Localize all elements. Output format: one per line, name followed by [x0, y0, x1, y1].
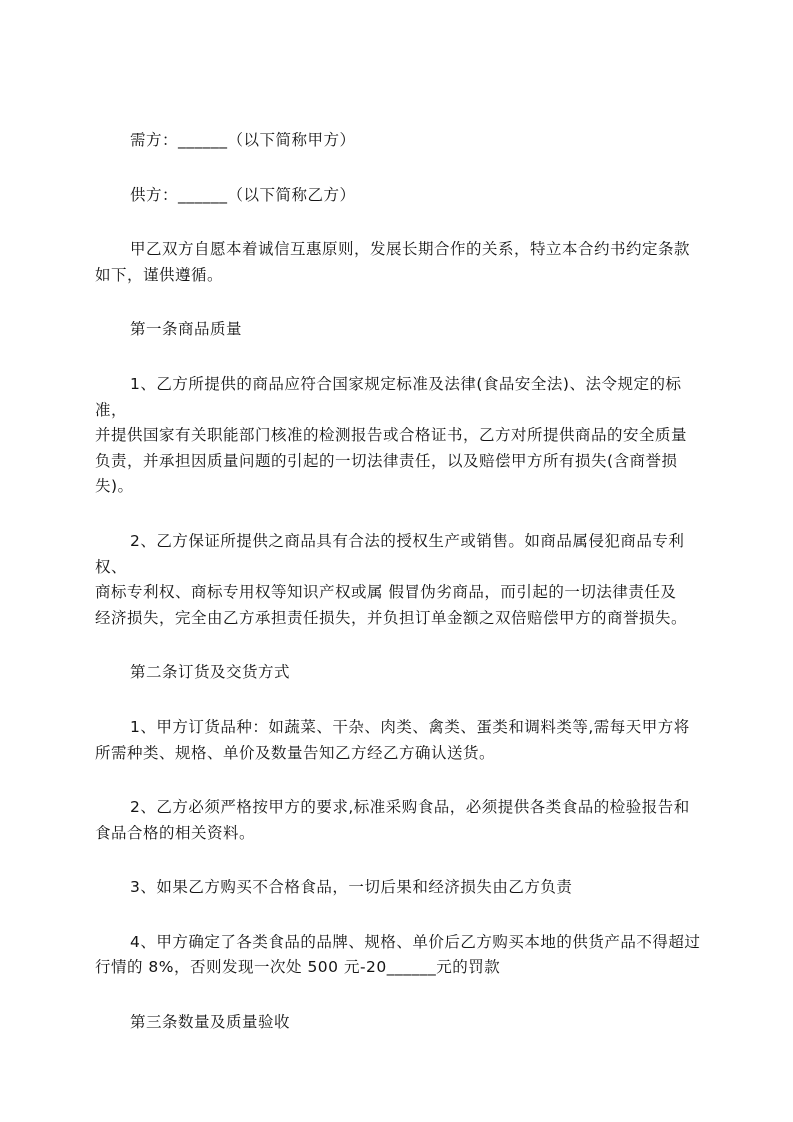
article-1-clause-1-line-1: 1、乙方所提供的商品应符合国家规定标准及法律(食品安全法)、法令规定的标准， [95, 375, 681, 419]
article-1-clause-1: 1、乙方所提供的商品应符合国家规定标准及法律(食品安全法)、法令规定的标准，并提… [95, 372, 712, 500]
article-2-clause-2-line-1: 2、乙方必须严格按甲方的要求,标准采购食品，必须提供各类食品的检验报告和 [130, 798, 690, 816]
party-buyer-line-line-1: 需方：______（以下简称甲方） [130, 131, 356, 149]
contract-page: 需方：______（以下简称甲方）供方：______（以下简称乙方）甲乙双方自愿… [0, 0, 793, 1122]
party-supplier-line-line-1: 供方：______（以下简称乙方） [130, 186, 356, 204]
article-1-clause-2: 2、乙方保证所提供之商品具有合法的授权生产或销售。如商品属侵犯商品专利权、商标专… [95, 529, 712, 631]
article-2-clause-4: 4、甲方确定了各类食品的品牌、规格、单价后乙方购买本地的供货产品不得超过行情的 … [95, 930, 712, 981]
article-1-clause-1-line-3: 负责，并承担因质量问题的引起的一切法律责任，以及赔偿甲方所有损失(含商誉损 [95, 452, 678, 470]
article-3-heading-line-1: 第三条数量及质量验收 [130, 1013, 290, 1031]
article-1-clause-2-line-2: 商标专利权、商标专用权等知识产权或属 假冒伪劣商品，而引起的一切法律责任及 [95, 583, 676, 601]
preamble-paragraph-line-1: 甲乙双方自愿本着诚信互惠原则，发展长期合作的关系，特立本合约书约定条款 [130, 240, 690, 258]
article-2-heading-line-1: 第二条订货及交货方式 [130, 663, 290, 681]
article-1-heading: 第一条商品质量 [95, 317, 712, 343]
article-2-clause-3-line-1: 3、如果乙方购买不合格食品，一切后果和经济损失由乙方负责 [130, 878, 572, 896]
article-1-clause-1-line-2: 并提供国家有关职能部门核准的检测报告或合格证书，乙方对所提供商品的安全质量 [95, 426, 687, 444]
article-2-clause-2-line-2: 食品合格的相关资料。 [95, 824, 255, 842]
article-1-heading-line-1: 第一条商品质量 [130, 320, 242, 338]
article-2-clause-2: 2、乙方必须严格按甲方的要求,标准采购食品，必须提供各类食品的检验报告和食品合格… [95, 795, 712, 846]
article-2-clause-1-line-2: 所需种类、规格、单价及数量告知乙方经乙方确认送货。 [95, 744, 495, 762]
article-1-clause-2-line-3: 经济损失，完全由乙方承担责任损失，并负担订单金额之双倍赔偿甲方的商誉损失。 [95, 609, 687, 627]
preamble-paragraph-line-2: 如下，谨供遵循。 [95, 266, 223, 284]
party-buyer-line: 需方：______（以下简称甲方） [95, 128, 712, 154]
party-supplier-line: 供方：______（以下简称乙方） [95, 183, 712, 209]
article-2-clause-3: 3、如果乙方购买不合格食品，一切后果和经济损失由乙方负责 [95, 875, 712, 901]
article-1-clause-2-line-1: 2、乙方保证所提供之商品具有合法的授权生产或销售。如商品属侵犯商品专利权、 [95, 532, 684, 576]
preamble-paragraph: 甲乙双方自愿本着诚信互惠原则，发展长期合作的关系，特立本合约书约定条款如下，谨供… [95, 237, 712, 288]
article-2-clause-1-line-1: 1、甲方订货品种：如蔬菜、干杂、肉类、禽类、蛋类和调料类等,需每天甲方将 [130, 718, 690, 736]
article-3-heading: 第三条数量及质量验收 [95, 1010, 712, 1036]
article-2-clause-4-line-2: 行情的 8%，否则发现一次处 500 元-20______元的罚款 [95, 958, 500, 976]
document-body: 需方：______（以下简称甲方）供方：______（以下简称乙方）甲乙双方自愿… [0, 0, 793, 1036]
article-1-clause-1-line-4: 失)。 [95, 477, 134, 495]
article-2-clause-1: 1、甲方订货品种：如蔬菜、干杂、肉类、禽类、蛋类和调料类等,需每天甲方将所需种类… [95, 715, 712, 766]
article-2-clause-4-line-1: 4、甲方确定了各类食品的品牌、规格、单价后乙方购买本地的供货产品不得超过 [130, 933, 700, 951]
article-2-heading: 第二条订货及交货方式 [95, 660, 712, 686]
